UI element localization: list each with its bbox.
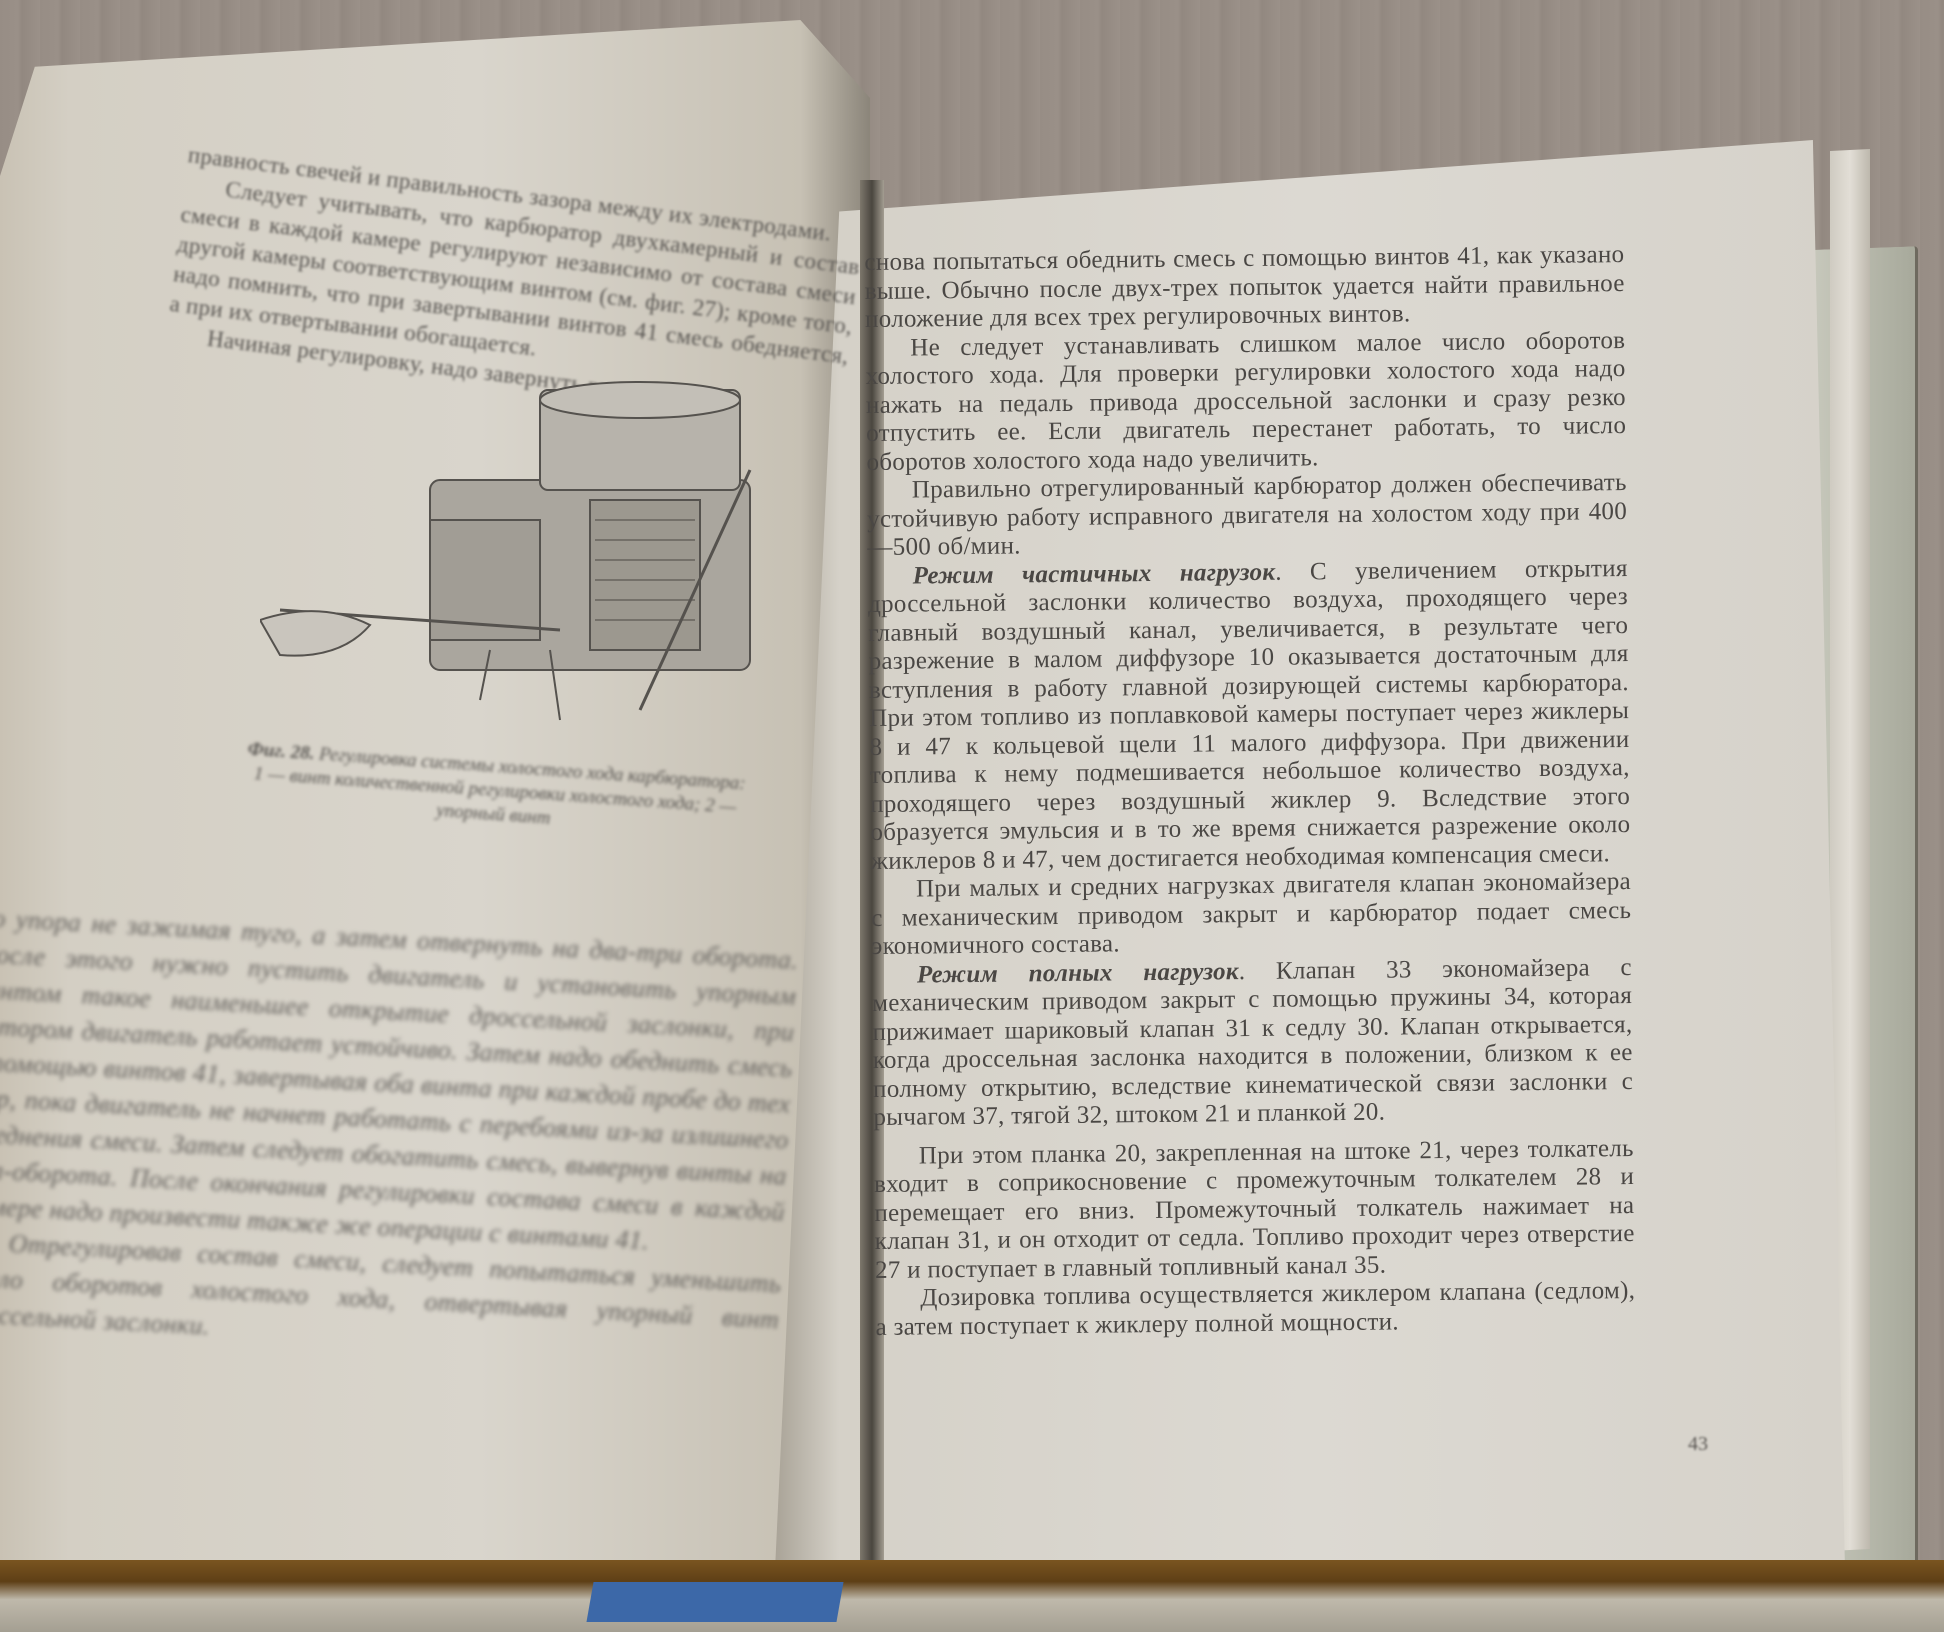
paragraph: снова попытаться обеднить смесь с помощь… [864,241,1625,334]
carburetor-illustration [260,370,820,760]
section-heading: Режим полных нагрузок [917,958,1239,988]
paragraph: до упора не зажимая туго, а затем отверн… [0,900,799,1266]
paragraph: Режим полных нагрузок. Клапан 33 эконома… [872,954,1634,1133]
paragraph: При малых и средних нагрузках двигателя … [871,868,1632,961]
right-page-text: снова попытаться обеднить смесь с помощь… [864,241,1635,1342]
left-page-bottom-text: до упора не зажимая туго, а затем отверн… [0,900,799,1374]
paragraph: Не следует устанавливать слишком малое ч… [865,327,1626,477]
section-heading: Режим частичных нагрузок [913,558,1276,589]
paragraph: Режим частичных нагрузок. С увеличением … [868,555,1631,876]
page-number: 43 [1688,1433,1708,1456]
paragraph: При этом планка 20, закрепленная на шток… [874,1135,1635,1285]
spine-band [586,1582,843,1622]
paragraph: Дозировка топлива осуществляется жиклеро… [875,1277,1636,1342]
figure-label: Фиг. 28. [247,739,315,765]
paragraph: Правильно отрегулированный карбюратор до… [867,469,1628,562]
book-bottom-edge [0,1560,1944,1632]
